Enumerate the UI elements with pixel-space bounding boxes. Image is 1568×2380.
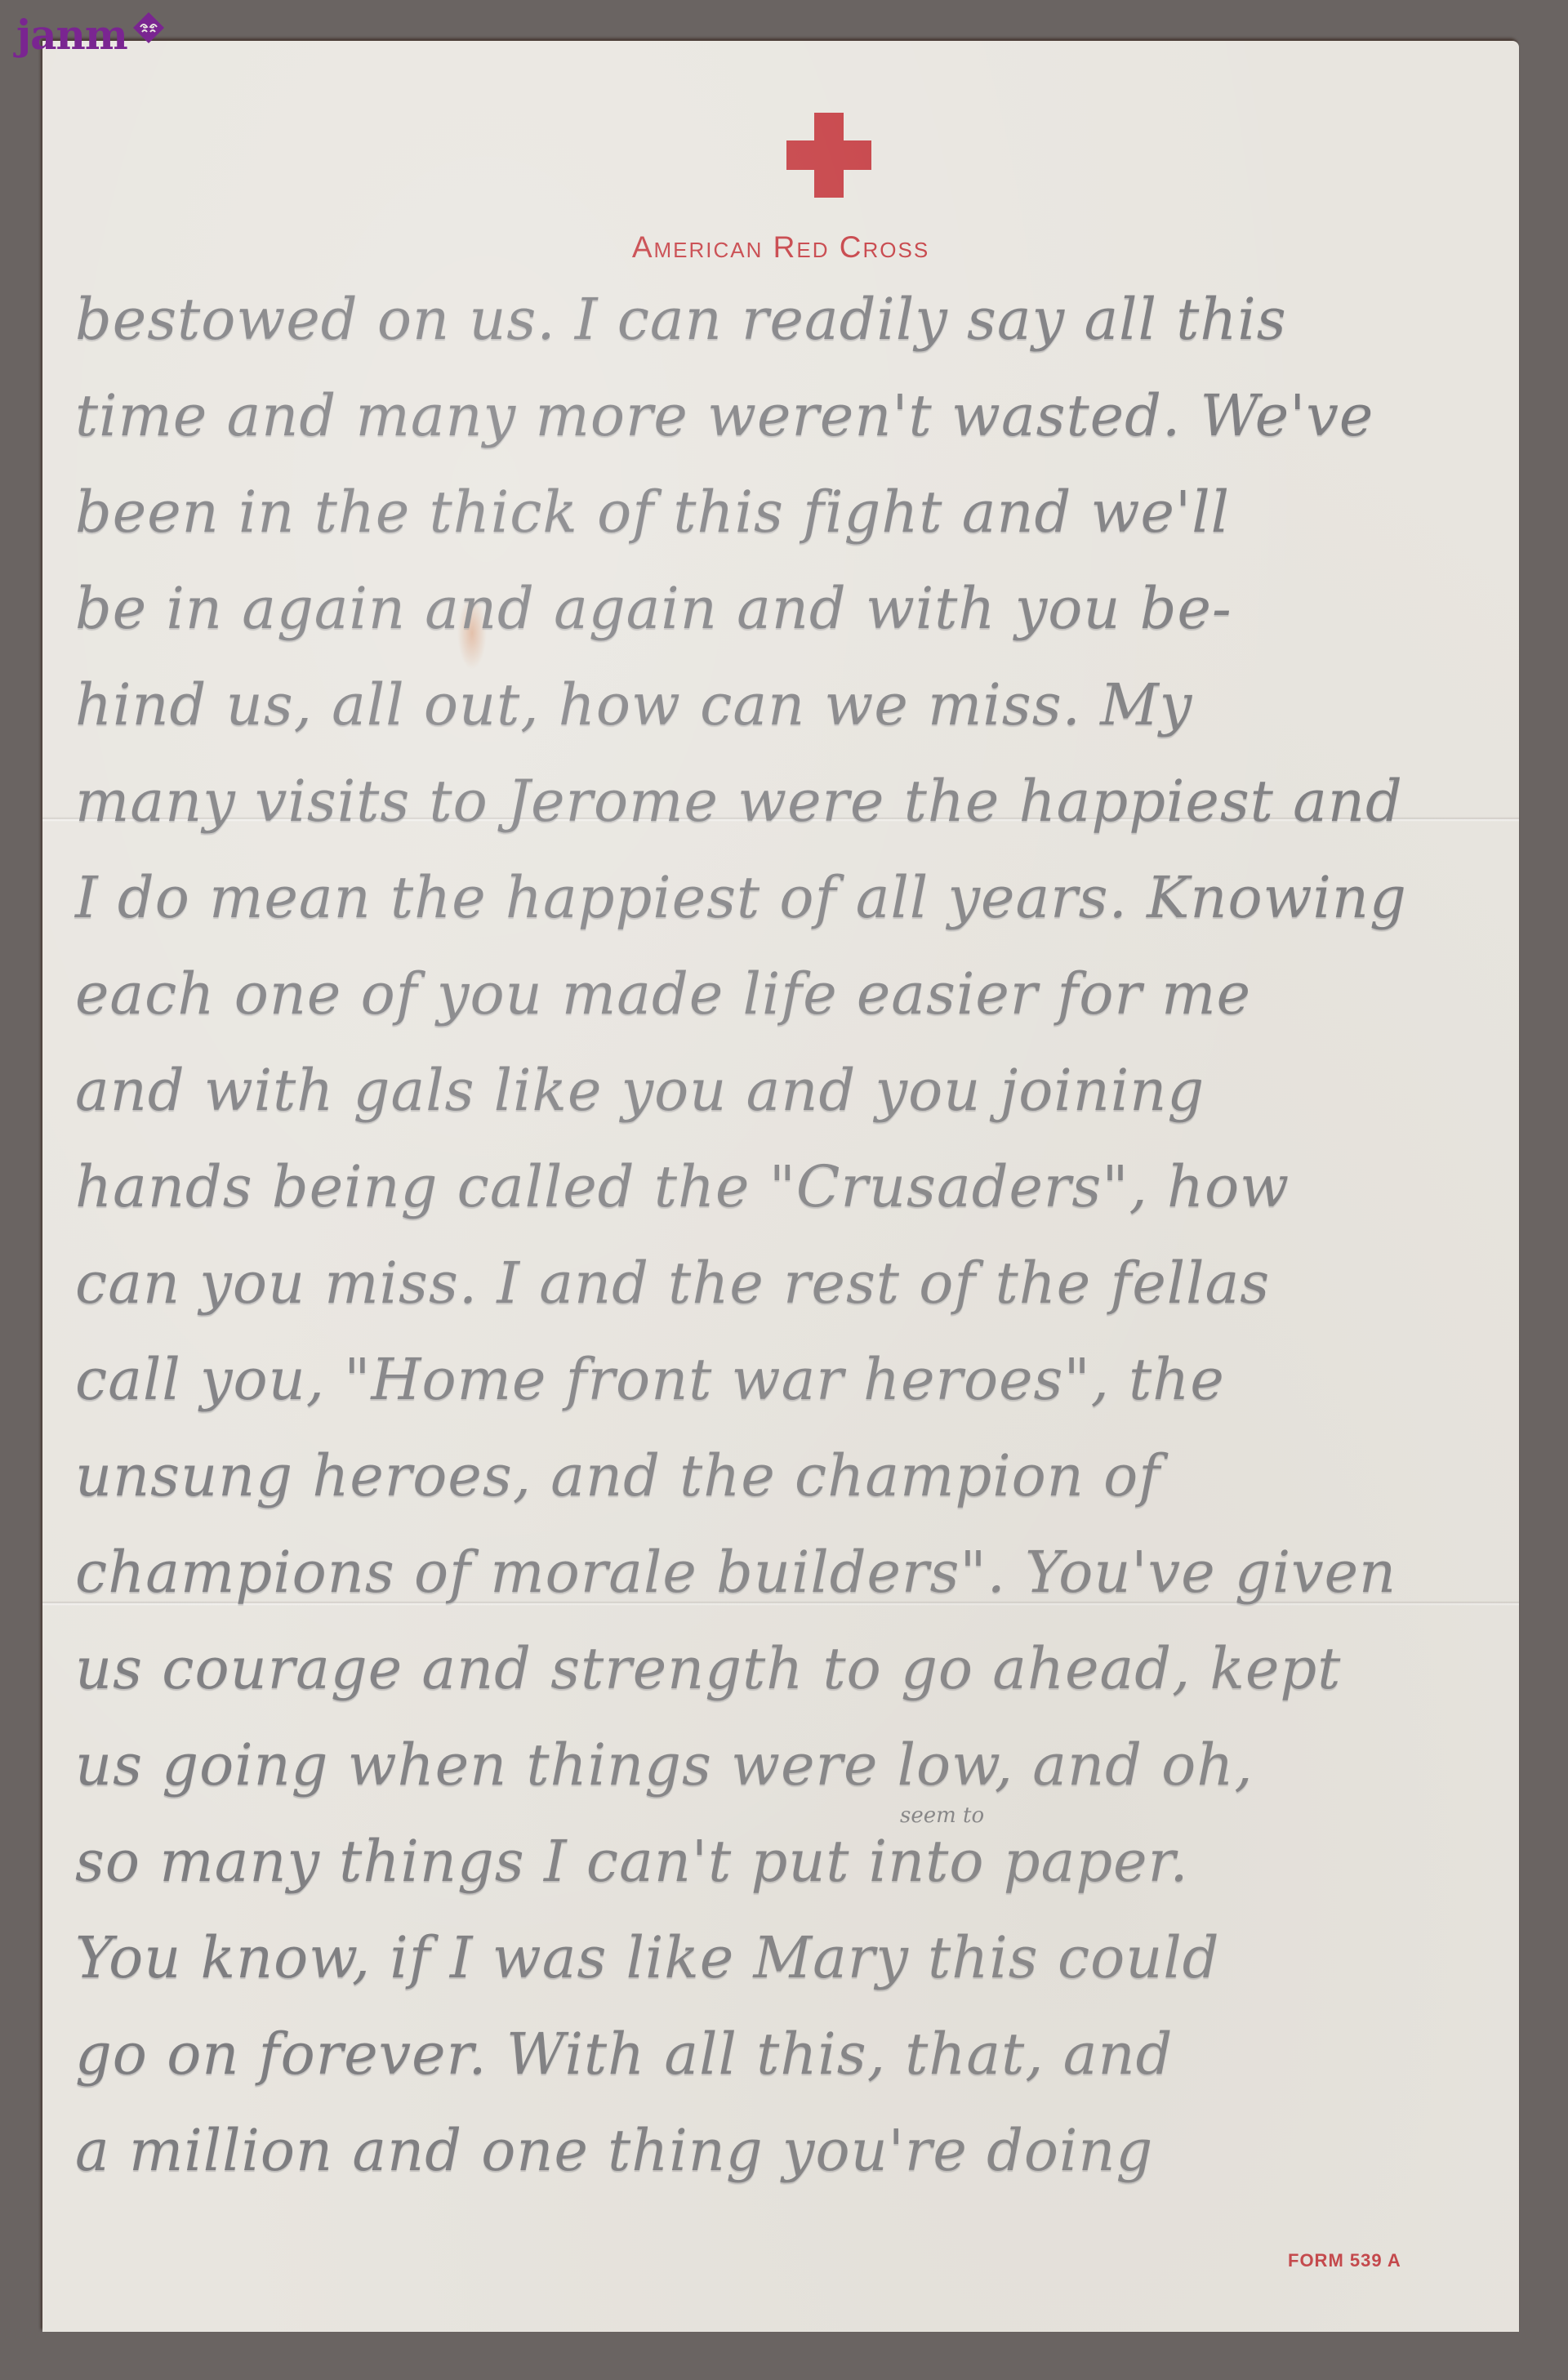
letter-line: call you, "Home front war heroes", the: [75, 1346, 1225, 1413]
letter-line: bestowed on us. I can readily say all th…: [75, 286, 1287, 353]
logo-text: janm: [16, 15, 127, 56]
janm-logo: janm: [16, 7, 165, 56]
letter-line: and with gals like you and you joining: [75, 1057, 1205, 1124]
letter-line: You know, if I was like Mary this could: [75, 1924, 1220, 1991]
letter-line: hands being called the "Crusaders", how: [75, 1153, 1290, 1220]
letter-line: a million and one thing you're doing: [75, 2117, 1153, 2184]
letter-line: us going when things were low, and oh,: [75, 1732, 1254, 1798]
letter-page: American Red Cross bestowed on us. I can…: [42, 41, 1519, 2332]
letter-line: be in again and again and with you be-: [75, 575, 1232, 642]
letter-line: champions of morale builders". You've gi…: [75, 1539, 1396, 1606]
letter-line: go on forever. With all this, that, and: [75, 2021, 1173, 2088]
letter-line: each one of you made life easier for me: [75, 960, 1251, 1027]
insertion-note: seem to: [900, 1803, 984, 1828]
letter-line: can you miss. I and the rest of the fell…: [75, 1250, 1270, 1317]
letter-line: been in the thick of this fight and we'l…: [75, 479, 1230, 546]
letter-line: many visits to Jerome were the happiest …: [75, 768, 1403, 835]
letter-line: unsung heroes, and the champion of: [75, 1442, 1160, 1509]
diamond-crest-icon: [132, 11, 165, 44]
letter-line: I do mean the happiest of all years. Kno…: [75, 864, 1407, 931]
red-cross-icon: [786, 113, 871, 198]
letter-line: us courage and strength to go ahead, kep…: [75, 1635, 1341, 1702]
form-number: FORM 539 A: [1288, 2250, 1401, 2271]
letterhead-organization: American Red Cross: [42, 230, 1519, 265]
letter-line: hind us, all out, how can we miss. My: [75, 671, 1192, 738]
letter-line: so many things I can't put into paper.: [75, 1828, 1189, 1895]
letter-line: time and many more weren't wasted. We've: [75, 382, 1374, 449]
